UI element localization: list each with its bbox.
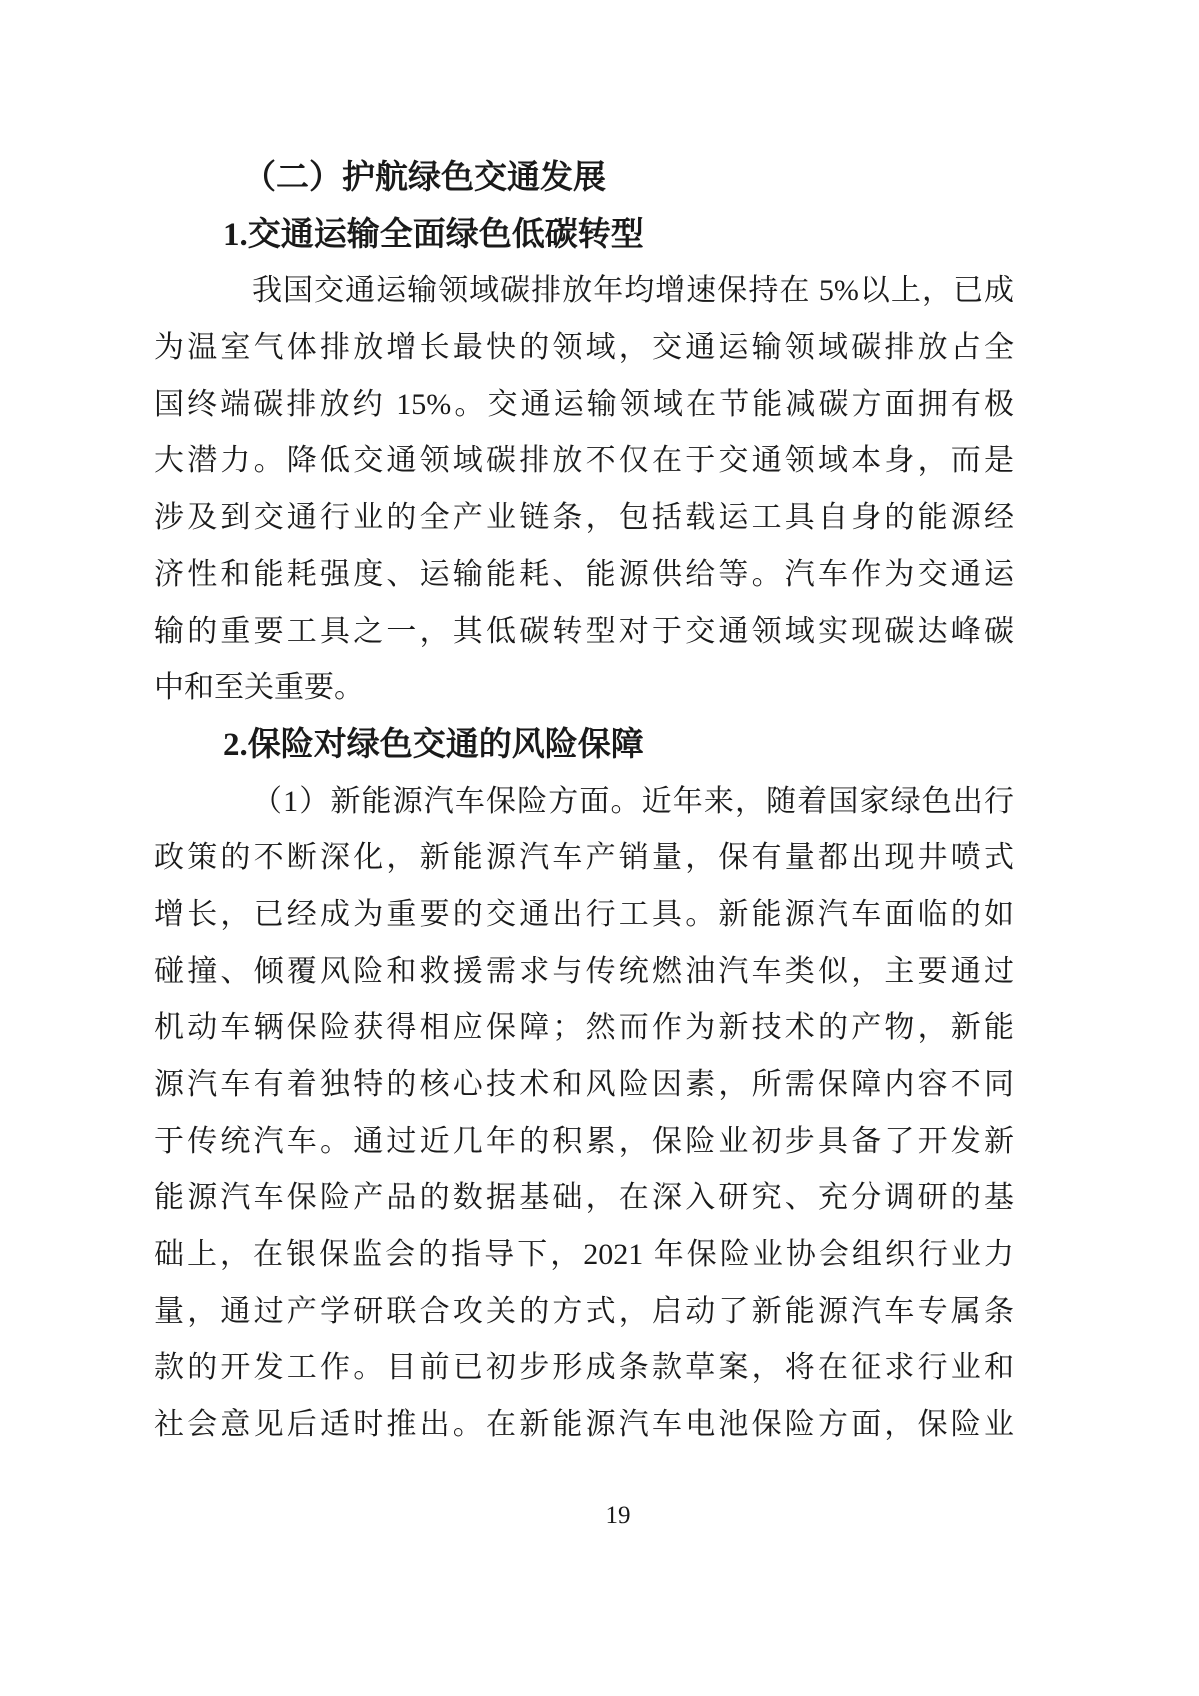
paragraph-1-line-4: 大潜力。降低交通领域碳排放不仅在于交通领域本身，而是 bbox=[154, 433, 1014, 490]
paragraph-1-line-6: 济性和能耗强度、运输能耗、能源供给等。汽车作为交通运 bbox=[154, 547, 1014, 604]
paragraph-2-line-5: 机动车辆保险获得相应保障；然而作为新技术的产物，新能 bbox=[154, 1000, 1014, 1057]
document-page: （二）护航绿色交通发展 1.交通运输全面绿色低碳转型 我国交通运输领域碳排放年均… bbox=[0, 0, 1199, 1696]
section-heading: （二）护航绿色交通发展 bbox=[154, 150, 1014, 207]
page-number: 19 bbox=[554, 1502, 682, 1530]
paragraph-1-line-1: 我国交通运输领域碳排放年均增速保持在 5%以上，已成 bbox=[154, 263, 1014, 320]
paragraph-1-line-2: 为温室气体排放增长最快的领域，交通运输领域碳排放占全 bbox=[154, 320, 1014, 377]
paragraph-1-line-8: 中和至关重要。 bbox=[154, 660, 1014, 717]
paragraph-2-line-9: 础上，在银保监会的指导下，2021 年保险业协会组织行业力 bbox=[154, 1227, 1014, 1284]
paragraph-2-line-11: 款的开发工作。目前已初步形成条款草案，将在征求行业和 bbox=[154, 1340, 1014, 1397]
paragraph-1-line-7: 输的重要工具之一，其低碳转型对于交通领域实现碳达峰碳 bbox=[154, 604, 1014, 661]
text-block: （二）护航绿色交通发展 1.交通运输全面绿色低碳转型 我国交通运输领域碳排放年均… bbox=[154, 150, 1014, 1454]
paragraph-2-line-8: 能源汽车保险产品的数据基础，在深入研究、充分调研的基 bbox=[154, 1170, 1014, 1227]
paragraph-2-line-3: 增长，已经成为重要的交通出行工具。新能源汽车面临的如 bbox=[154, 887, 1014, 944]
paragraph-1-line-3: 国终端碳排放约 15%。交通运输领域在节能减碳方面拥有极 bbox=[154, 377, 1014, 434]
paragraph-2-line-2: 政策的不断深化，新能源汽车产销量，保有量都出现井喷式 bbox=[154, 830, 1014, 887]
paragraph-2-line-10: 量，通过产学研联合攻关的方式，启动了新能源汽车专属条 bbox=[154, 1284, 1014, 1341]
paragraph-2-line-4: 碰撞、倾覆风险和救援需求与传统燃油汽车类似，主要通过 bbox=[154, 944, 1014, 1001]
paragraph-2-line-1: （1）新能源汽车保险方面。近年来，随着国家绿色出行 bbox=[154, 774, 1014, 831]
paragraph-2-line-7: 于传统汽车。通过近几年的积累，保险业初步具备了开发新 bbox=[154, 1114, 1014, 1171]
subsection-2-heading: 2.保险对绿色交通的风险保障 bbox=[154, 717, 1014, 774]
paragraph-2-line-6: 源汽车有着独特的核心技术和风险因素，所需保障内容不同 bbox=[154, 1057, 1014, 1114]
paragraph-2-line-12: 社会意见后适时推出。在新能源汽车电池保险方面，保险业 bbox=[154, 1397, 1014, 1454]
subsection-1-heading: 1.交通运输全面绿色低碳转型 bbox=[154, 207, 1014, 264]
paragraph-1-line-5: 涉及到交通行业的全产业链条，包括载运工具自身的能源经 bbox=[154, 490, 1014, 547]
